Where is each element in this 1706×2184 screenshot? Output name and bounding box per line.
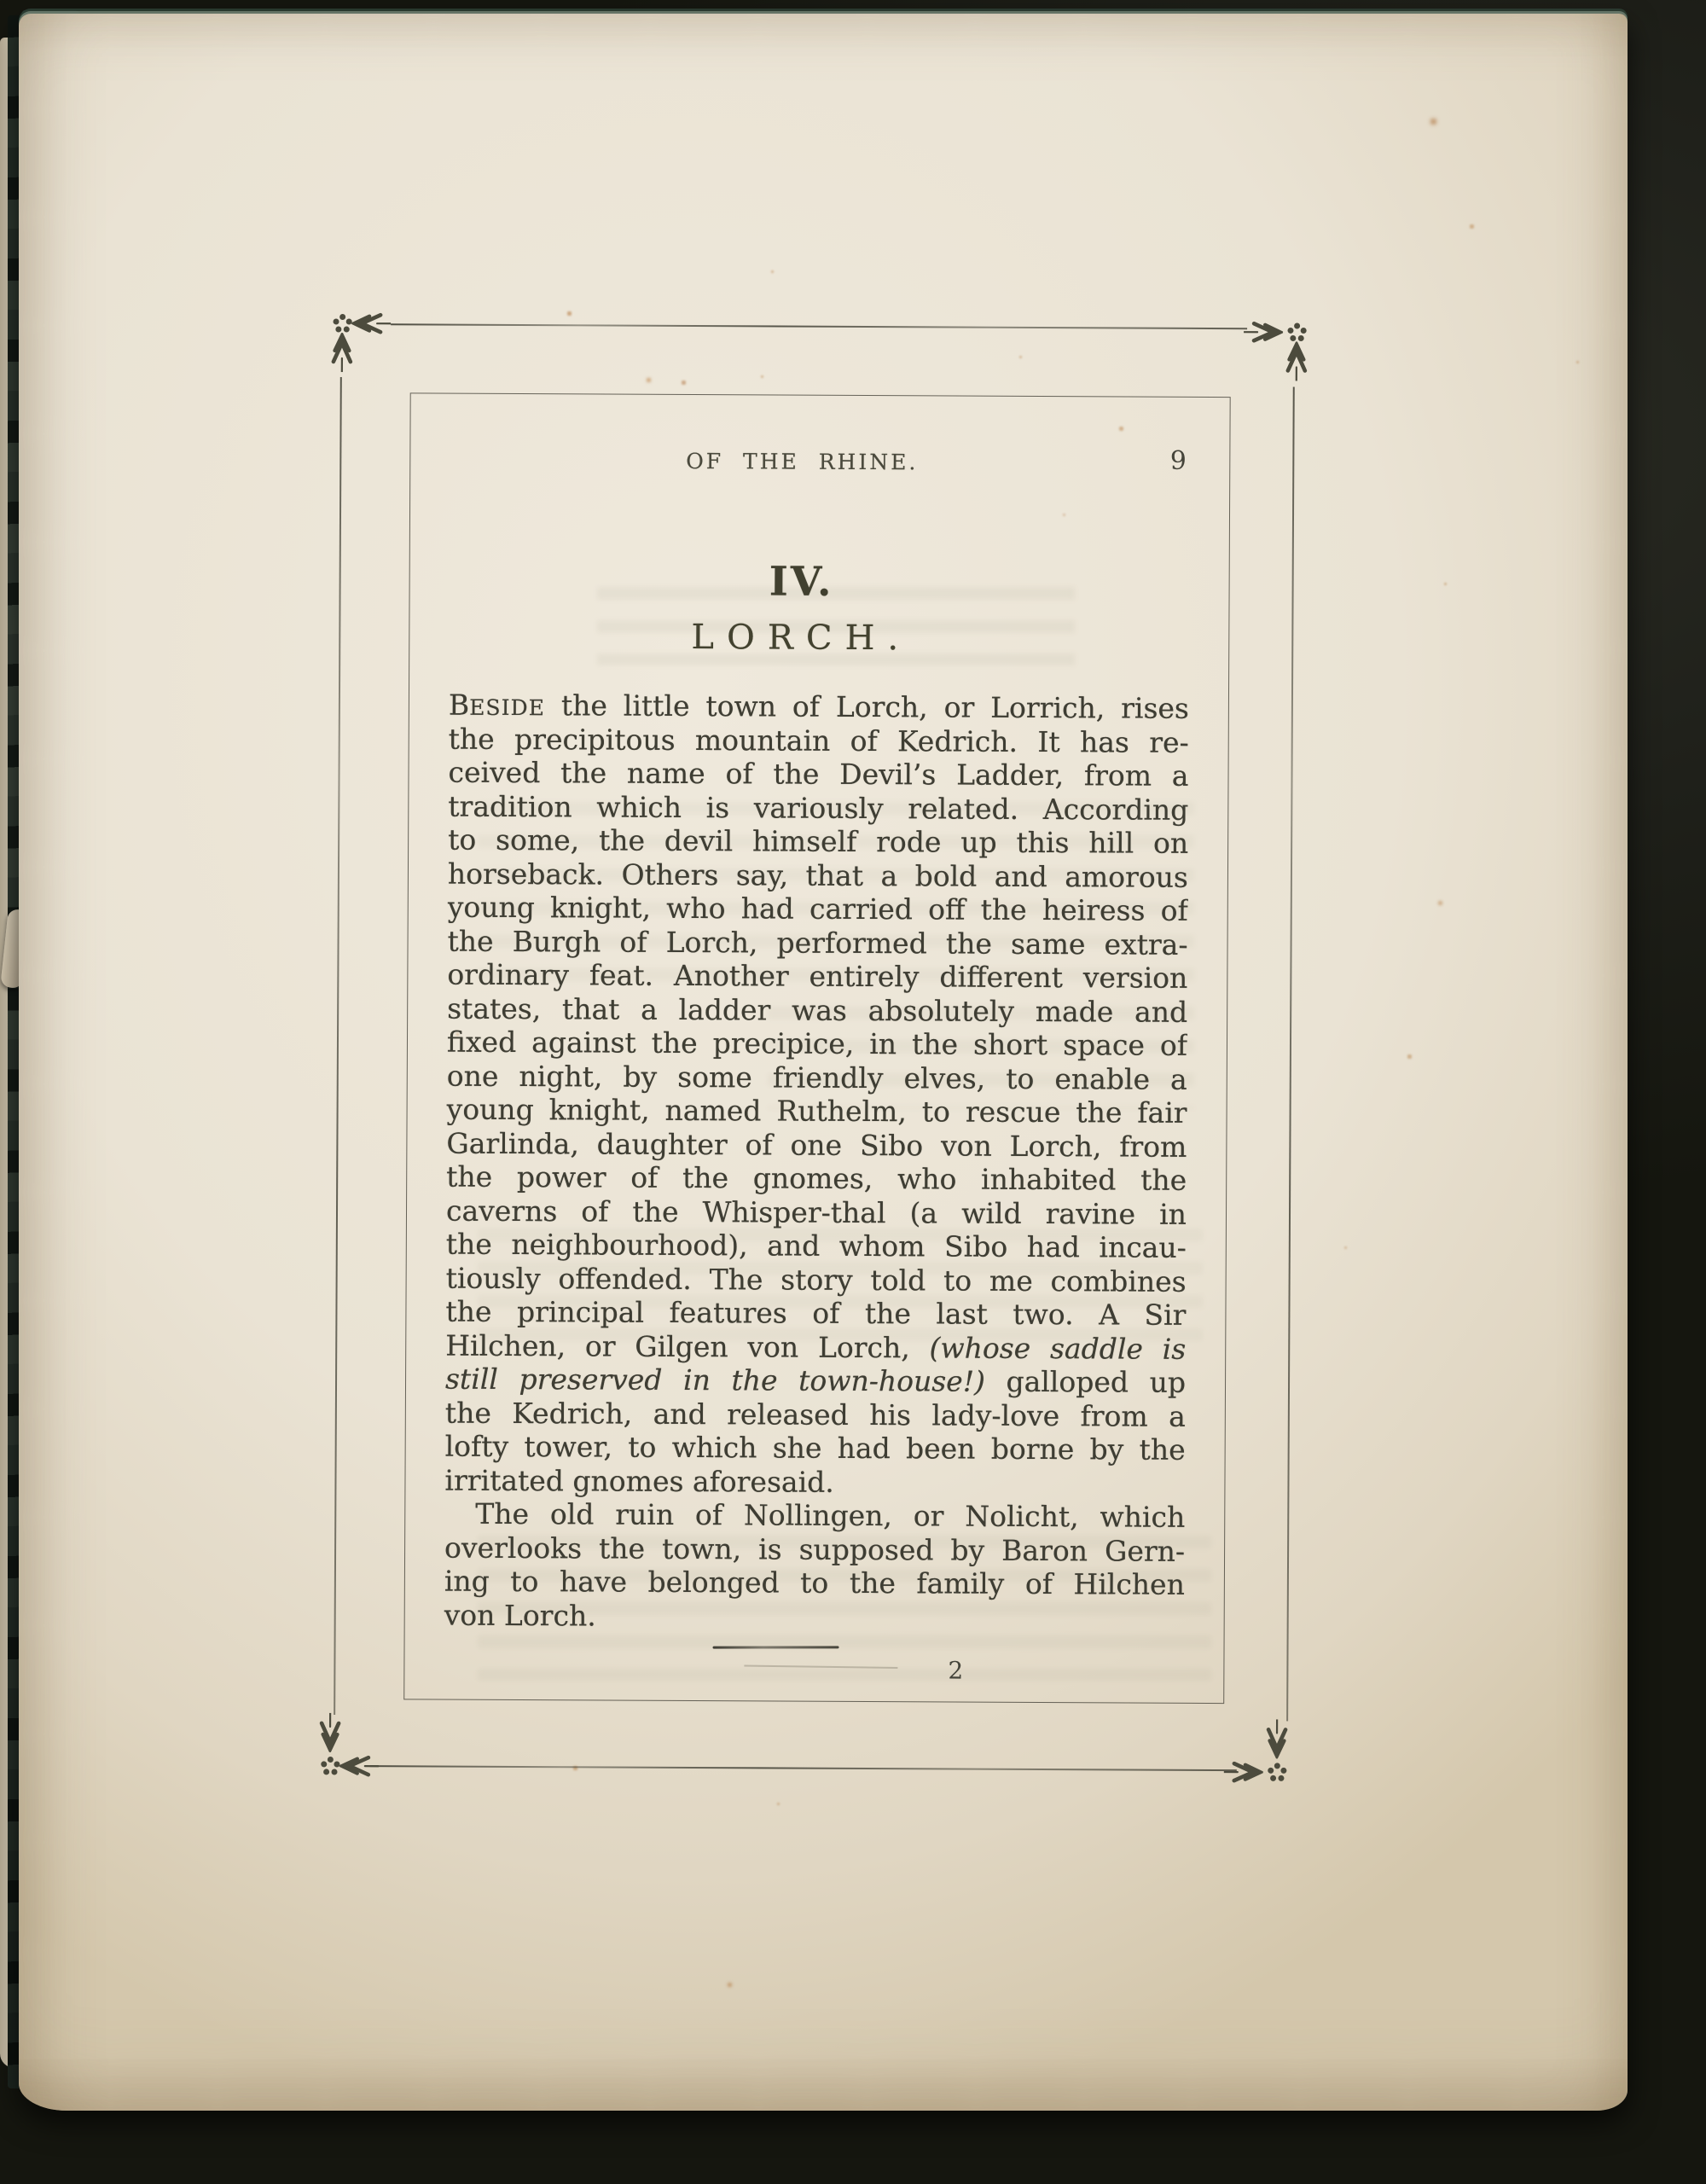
text-line: young knight, named Ruthelm, to rescue t… bbox=[447, 1093, 1187, 1130]
text-line: the principal features of the last two. … bbox=[445, 1295, 1186, 1333]
text-line: the Kedrich, and released his lady-love … bbox=[445, 1396, 1186, 1433]
arrow-icon bbox=[1224, 1761, 1263, 1783]
rosette-icon bbox=[1266, 1761, 1288, 1783]
foxing-spots bbox=[0, 0, 1, 1]
text-line: to some, the devil himself rode up this … bbox=[448, 823, 1188, 861]
running-header-title: OF THE RHINE. bbox=[392, 447, 1212, 476]
chapter-number: IV. bbox=[391, 556, 1211, 607]
text-line: ceived the name of the Devil’s Ladder, f… bbox=[448, 756, 1188, 793]
text-line: the Burgh of Lorch, performed the same e… bbox=[447, 924, 1187, 961]
arrow-icon bbox=[339, 1755, 379, 1777]
text-line: irritated gnomes aforesaid. bbox=[444, 1463, 1185, 1501]
outer-border-right bbox=[1286, 386, 1294, 1721]
text-line: tradition which is variously related. Ac… bbox=[448, 789, 1188, 827]
signature-mark: 2 bbox=[930, 1656, 981, 1684]
text-line: young knight, who had carried off the he… bbox=[448, 891, 1188, 928]
arrow-icon bbox=[319, 1713, 341, 1752]
rosette-icon bbox=[1285, 321, 1308, 343]
printed-content: OF THE RHINE. 9 IV. LORCH. BESIDE the li… bbox=[0, 0, 1706, 2184]
text-line: Garlinda, daughter of one Sibo von Lorch… bbox=[446, 1126, 1187, 1164]
text-line: ing to have belonged to the family of Hi… bbox=[444, 1565, 1185, 1602]
arrow-icon bbox=[1266, 1719, 1288, 1758]
text-line: Hilchen, or Gilgen von Lorch, (whose sad… bbox=[445, 1328, 1186, 1366]
rosette-icon bbox=[319, 1755, 341, 1777]
text-line: the power of the gnomes, who inhabited t… bbox=[446, 1160, 1187, 1198]
text-line: horseback. Others say, that a bold and a… bbox=[448, 857, 1188, 894]
body-text: BESIDE the little town of Lorch, or Lorr… bbox=[444, 688, 1189, 1635]
arrow-icon bbox=[331, 333, 353, 372]
text-line: still preserved in the town-house!) gall… bbox=[445, 1362, 1186, 1400]
outer-border-left bbox=[334, 377, 341, 1715]
text-line: states, that a ladder was absolutely mad… bbox=[447, 991, 1187, 1029]
outer-border-top bbox=[391, 323, 1247, 329]
rosette-icon bbox=[331, 312, 353, 334]
outer-border-bottom bbox=[370, 1765, 1237, 1771]
arrow-icon bbox=[351, 312, 391, 334]
page-number: 9 bbox=[1152, 446, 1204, 476]
text-line: ordinary feat. Another entirely differen… bbox=[447, 958, 1187, 996]
text-line: BESIDE the little town of Lorch, or Lorr… bbox=[449, 688, 1189, 726]
text-line: the precipitous mountain of Kedrich. It … bbox=[449, 722, 1189, 759]
text-line: The old ruin of Nollingen, or Nolicht, w… bbox=[444, 1497, 1185, 1535]
arrow-icon bbox=[1244, 321, 1283, 343]
chapter-title: LORCH. bbox=[391, 616, 1211, 659]
text-line: tiously offended. The story told to me c… bbox=[446, 1261, 1187, 1298]
text-line: von Lorch. bbox=[444, 1598, 1185, 1635]
text-line: lofty tower, to which she had been borne… bbox=[445, 1430, 1186, 1467]
scanned-book-photo: OF THE RHINE. 9 IV. LORCH. BESIDE the li… bbox=[0, 0, 1706, 2184]
arrow-icon bbox=[1285, 341, 1308, 380]
text-line: caverns of the Whisper-thal (a wild ravi… bbox=[446, 1194, 1187, 1231]
text-line: overlooks the town, is supposed by Baron… bbox=[444, 1531, 1185, 1568]
text-line: fixed against the precipice, in the shor… bbox=[447, 1025, 1187, 1063]
text-line: one night, by some friendly elves, to en… bbox=[447, 1059, 1187, 1096]
text-line: the neighbourhood), and whom Sibo had in… bbox=[446, 1228, 1187, 1265]
end-rule bbox=[713, 1646, 839, 1648]
